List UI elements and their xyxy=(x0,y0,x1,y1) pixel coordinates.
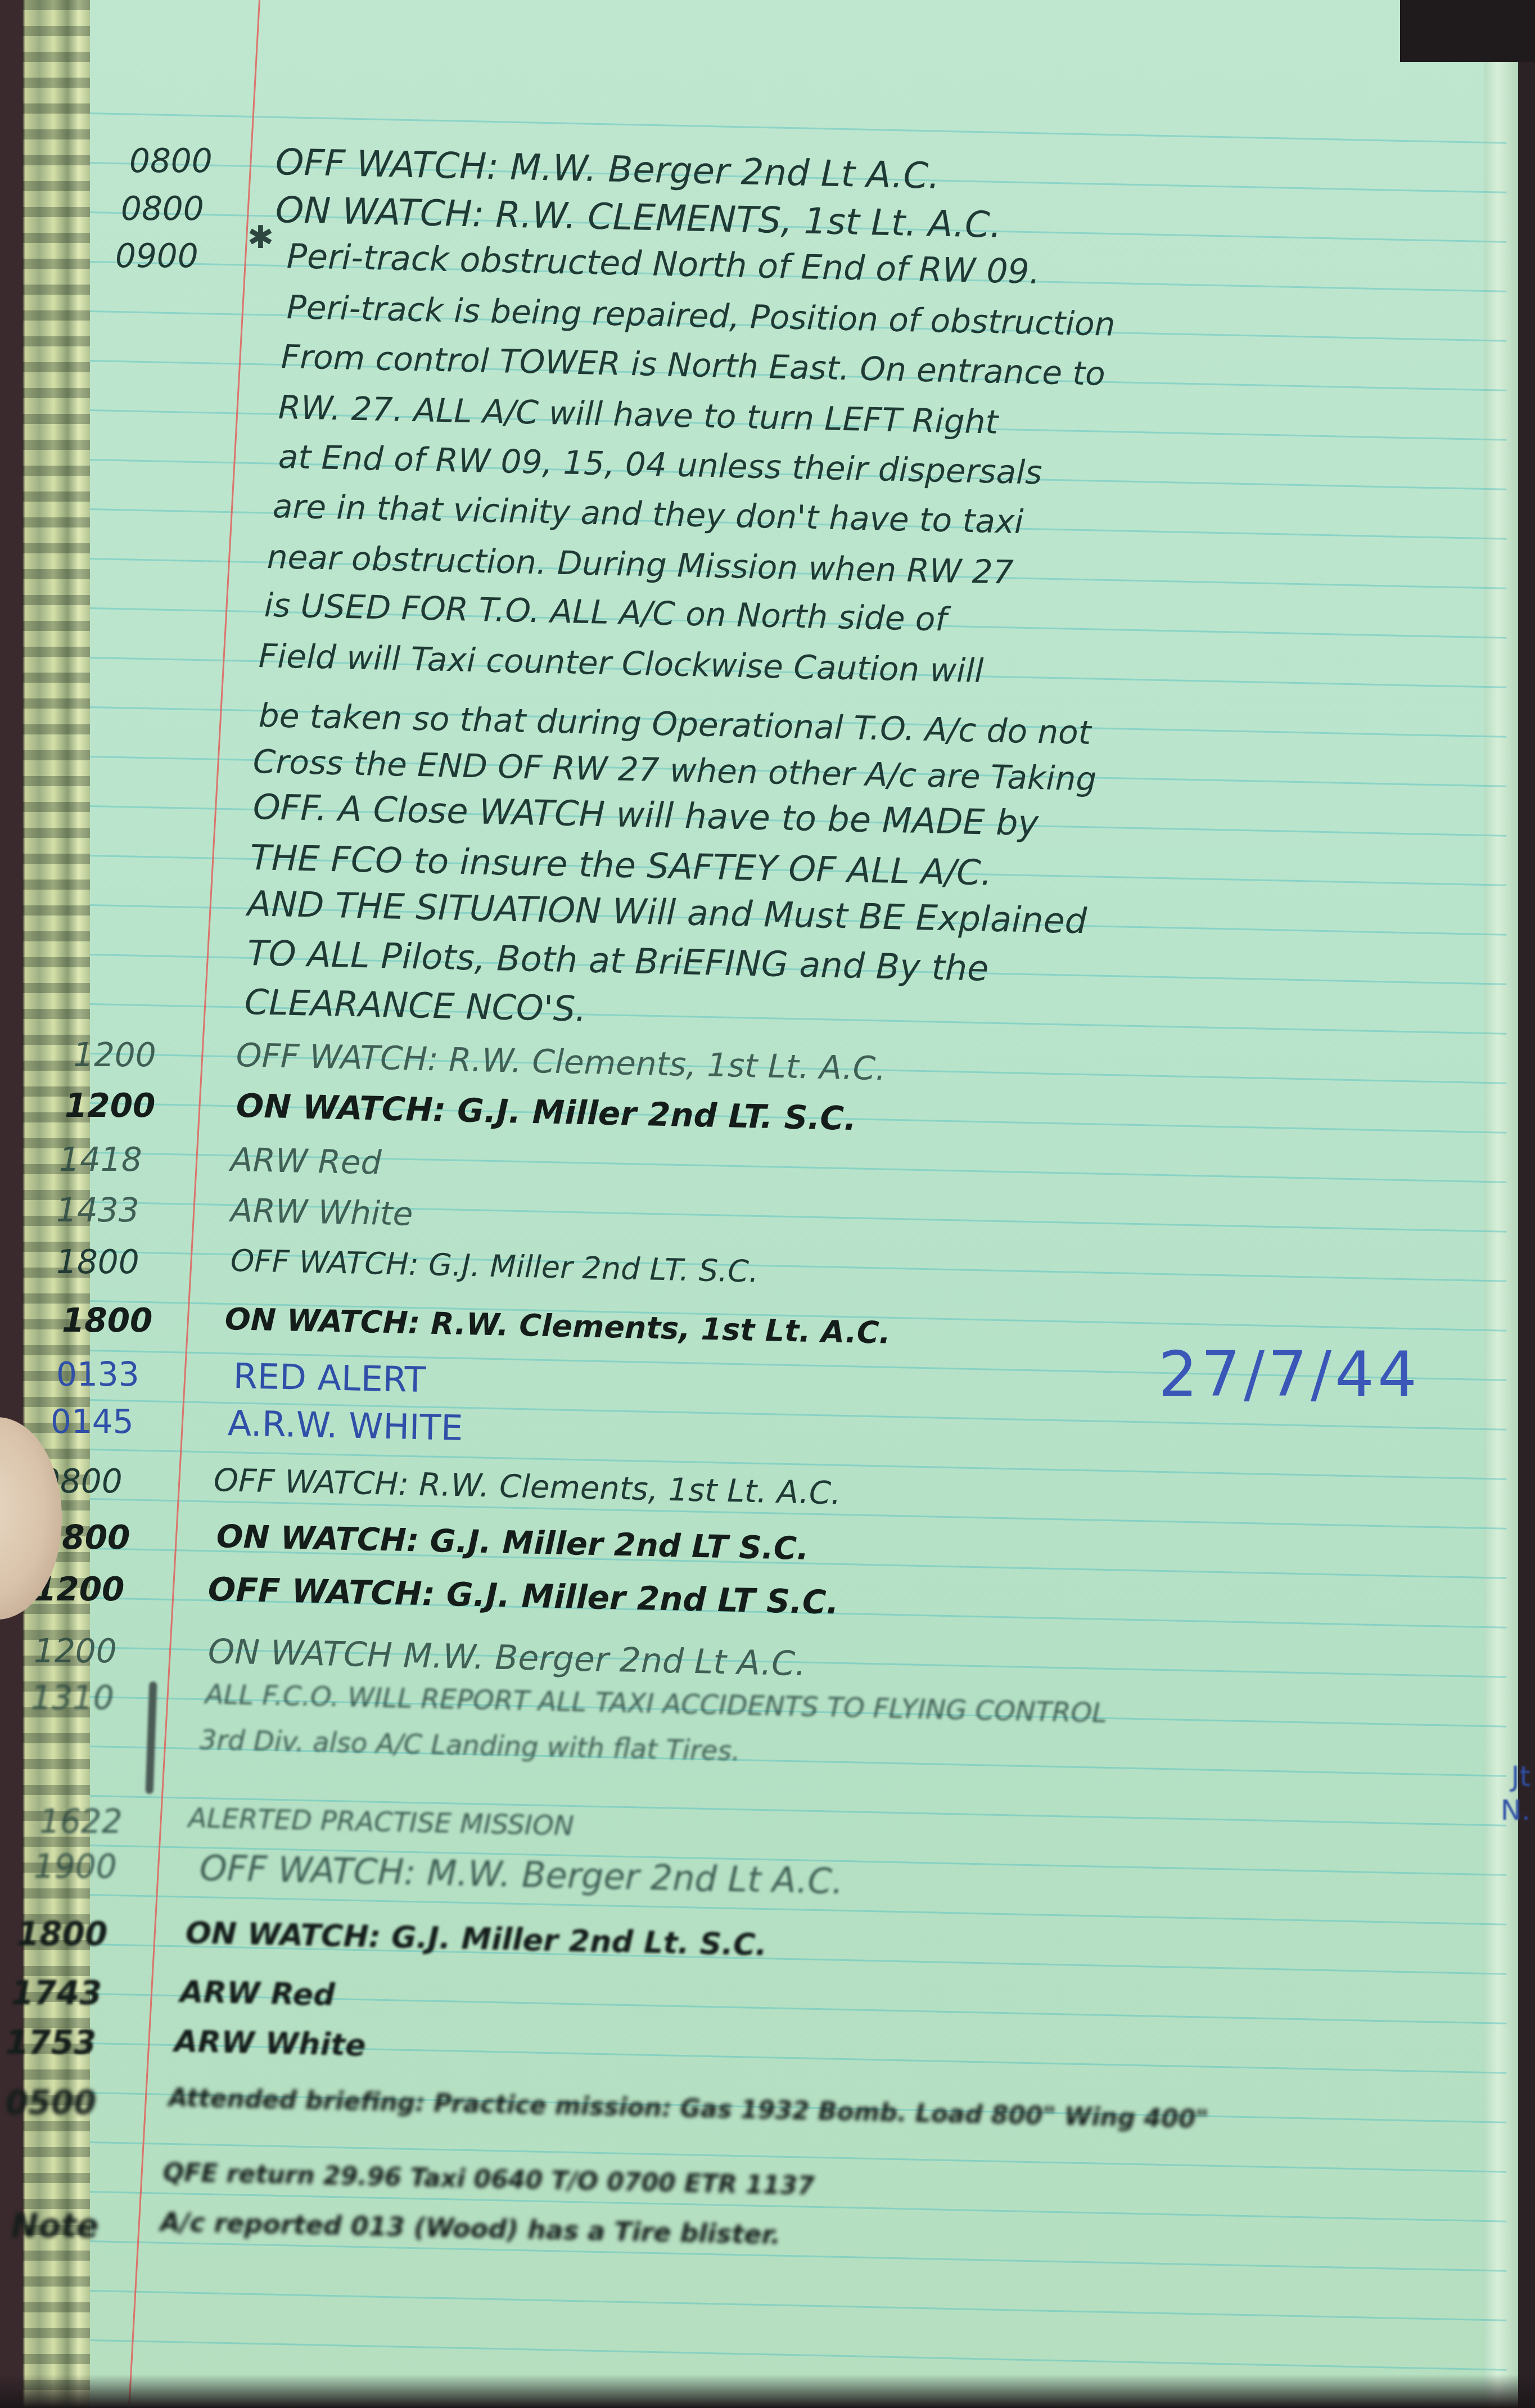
entry-time: Note xyxy=(11,2207,98,2245)
entry-time: 1900 xyxy=(34,1847,117,1886)
entry-text: RED ALERT xyxy=(233,1355,426,1400)
bottom-shadow xyxy=(0,2374,1535,2408)
entry-time: 1200 xyxy=(65,1086,155,1125)
entry-time: 0145 xyxy=(51,1403,134,1441)
entry-text: ARW White xyxy=(174,2023,366,2063)
entry-time: 1800 xyxy=(62,1301,152,1340)
entry-text: ARW Red xyxy=(179,1974,335,2013)
entry-time: 1200 xyxy=(73,1036,156,1074)
entry-time: 1622 xyxy=(39,1802,123,1841)
entry-time: 1200 xyxy=(34,1632,117,1670)
entry-time: 1800 xyxy=(17,1915,107,1953)
entry-time: 0900 xyxy=(115,237,198,275)
entry-time: 1800 xyxy=(56,1243,139,1281)
entry-text: CLEARANCE NCO'S. xyxy=(244,981,586,1030)
entry-text: ARW White xyxy=(230,1191,413,1233)
side-note-2: N. xyxy=(1501,1794,1531,1827)
entry-time: 0800 xyxy=(129,142,213,180)
asterisk-mark: ✱ xyxy=(247,219,274,256)
entry-text: ARW Red xyxy=(230,1140,382,1182)
entry-time: 1310 xyxy=(31,1679,114,1717)
entry-time: 0800 xyxy=(121,190,204,228)
entry-time: 1753 xyxy=(6,2023,96,2062)
side-note-1: Jt xyxy=(1511,1760,1531,1793)
entry-time: 0133 xyxy=(56,1355,139,1394)
background-corner xyxy=(1400,0,1535,62)
date-note: 27/7/44 xyxy=(1158,1338,1420,1410)
entry-text: A.R.W. WHITE xyxy=(227,1403,463,1449)
entry-time: 0500 xyxy=(6,2084,96,2122)
entry-time: 1433 xyxy=(56,1191,139,1229)
entry-time: 1418 xyxy=(59,1140,142,1179)
entry-time: 1743 xyxy=(11,1974,102,2012)
